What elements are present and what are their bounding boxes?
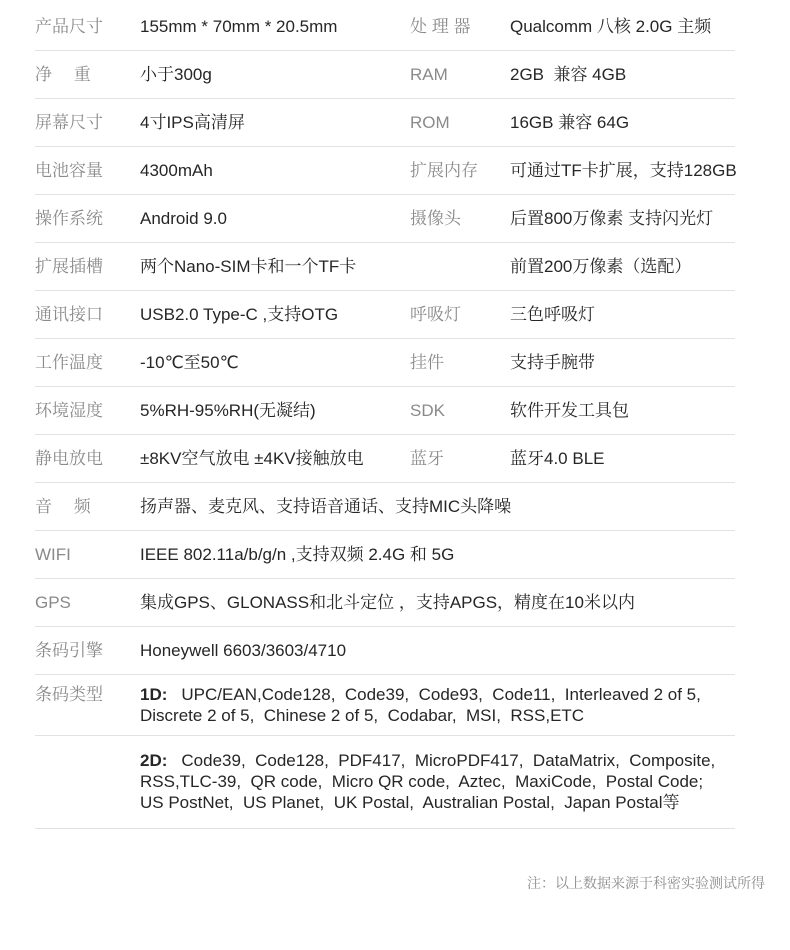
spec-cell: 前置200万像素（选配） bbox=[410, 256, 735, 277]
spec-cell: 工作温度 -10℃至50℃ bbox=[35, 352, 410, 373]
spec-value: 蓝牙4.0 BLE bbox=[510, 448, 605, 469]
spec-row: 电池容量 4300mAh 扩展内存 可通过TF卡扩展，支持128GB bbox=[35, 147, 735, 195]
spec-label: GPS bbox=[35, 592, 140, 613]
spec-cell: ROM 16GB 兼容 64G bbox=[410, 112, 735, 133]
spec-row: 操作系统 Android 9.0 摄像头 后置800万像素 支持闪光灯 bbox=[35, 195, 735, 243]
spec-value: USB2.0 Type-C ,支持OTG bbox=[140, 304, 338, 325]
spec-row: 音 频 扬声器、麦克风、支持语音通话、支持MIC头降噪 bbox=[35, 483, 735, 531]
spec-label: 条码引擎 bbox=[35, 640, 140, 661]
spec-row: 工作温度 -10℃至50℃ 挂件 支持手腕带 bbox=[35, 339, 735, 387]
spec-label: 电池容量 bbox=[35, 160, 140, 181]
spec-row: 屏幕尺寸 4寸IPS高清屏 ROM 16GB 兼容 64G bbox=[35, 99, 735, 147]
spec-value: ±8KV空气放电 ±4KV接触放电 bbox=[140, 448, 364, 469]
spec-cell: 挂件 支持手腕带 bbox=[410, 352, 735, 373]
spec-value: Qualcomm 八核 2.0G 主频 bbox=[510, 16, 711, 37]
spec-value: 155mm * 70mm * 20.5mm bbox=[140, 16, 337, 37]
spec-value: 集成GPS、GLONASS和北斗定位 ，支持APGS，精度在10米以内 bbox=[140, 592, 735, 613]
barcode-1d-prefix: 1D: bbox=[140, 685, 167, 704]
spec-label: 净 重 bbox=[35, 64, 140, 85]
spec-label: 呼吸灯 bbox=[410, 304, 510, 325]
spec-value: IEEE 802.11a/b/g/n ,支持双频 2.4G 和 5G bbox=[140, 544, 735, 565]
barcode-2d-list: Code39, Code128, PDF417, MicroPDF417, Da… bbox=[140, 751, 725, 812]
spec-value: Android 9.0 bbox=[140, 208, 227, 229]
spec-cell: SDK 软件开发工具包 bbox=[410, 400, 735, 421]
spec-value: -10℃至50℃ bbox=[140, 352, 239, 373]
spec-cell: 产品尺寸 155mm * 70mm * 20.5mm bbox=[35, 16, 410, 37]
spec-cell: 通讯接口 USB2.0 Type-C ,支持OTG bbox=[35, 304, 410, 325]
spec-row: WIFI IEEE 802.11a/b/g/n ,支持双频 2.4G 和 5G bbox=[35, 531, 735, 579]
spec-value: 三色呼吸灯 bbox=[510, 304, 595, 325]
spec-cell: 环境湿度 5%RH-95%RH(无凝结) bbox=[35, 400, 410, 421]
spec-row: GPS 集成GPS、GLONASS和北斗定位 ，支持APGS，精度在10米以内 bbox=[35, 579, 735, 627]
spec-row: 净 重 小于300g RAM 2GB 兼容 4GB bbox=[35, 51, 735, 99]
spec-value: 4寸IPS高清屏 bbox=[140, 112, 245, 133]
spec-value: 1D:UPC/EAN,Code128, Code39, Code93, Code… bbox=[140, 675, 735, 735]
spec-value: 5%RH-95%RH(无凝结) bbox=[140, 400, 316, 421]
spec-label: 音 频 bbox=[35, 496, 140, 517]
spec-cell: 呼吸灯 三色呼吸灯 bbox=[410, 304, 735, 325]
spec-row: 产品尺寸 155mm * 70mm * 20.5mm 处 理 器 Qualcom… bbox=[35, 3, 735, 51]
spec-row: 扩展插槽 两个Nano-SIM卡和一个TF卡 前置200万像素（选配） bbox=[35, 243, 735, 291]
spec-row: 通讯接口 USB2.0 Type-C ,支持OTG 呼吸灯 三色呼吸灯 bbox=[35, 291, 735, 339]
spec-label: 挂件 bbox=[410, 352, 510, 373]
spec-label: RAM bbox=[410, 64, 510, 85]
spec-value: 16GB 兼容 64G bbox=[510, 112, 629, 133]
spec-row: 环境湿度 5%RH-95%RH(无凝结) SDK 软件开发工具包 bbox=[35, 387, 735, 435]
spec-label: 摄像头 bbox=[410, 208, 510, 229]
spec-cell: 操作系统 Android 9.0 bbox=[35, 208, 410, 229]
spec-cell: 摄像头 后置800万像素 支持闪光灯 bbox=[410, 208, 735, 229]
spec-cell: 静电放电 ±8KV空气放电 ±4KV接触放电 bbox=[35, 448, 410, 469]
barcode-2d-prefix: 2D: bbox=[140, 751, 167, 770]
spec-label: 产品尺寸 bbox=[35, 16, 140, 37]
spec-label: 条码类型 bbox=[35, 675, 140, 705]
spec-label: 蓝牙 bbox=[410, 448, 510, 469]
spec-value: 可通过TF卡扩展，支持128GB bbox=[510, 160, 737, 181]
spec-cell: 扩展内存 可通过TF卡扩展，支持128GB bbox=[410, 160, 735, 181]
spec-label: 环境湿度 bbox=[35, 400, 140, 421]
spec-value: Honeywell 6603/3603/4710 bbox=[140, 640, 735, 661]
spec-cell: 电池容量 4300mAh bbox=[35, 160, 410, 181]
barcode-1d-list: UPC/EAN,Code128, Code39, Code93, Code11,… bbox=[140, 685, 710, 725]
spec-cell: 扩展插槽 两个Nano-SIM卡和一个TF卡 bbox=[35, 256, 410, 277]
spec-label: 扩展插槽 bbox=[35, 256, 140, 277]
spec-label: 工作温度 bbox=[35, 352, 140, 373]
spec-table: 产品尺寸 155mm * 70mm * 20.5mm 处 理 器 Qualcom… bbox=[35, 0, 735, 829]
spec-value: 2GB 兼容 4GB bbox=[510, 64, 626, 85]
spec-label: 通讯接口 bbox=[35, 304, 140, 325]
spec-label: 静电放电 bbox=[35, 448, 140, 469]
test-data-note: 注：以上数据来源于科密实验测试所得 bbox=[0, 873, 790, 893]
spec-value: 4300mAh bbox=[140, 160, 213, 181]
spec-sheet: 产品尺寸 155mm * 70mm * 20.5mm 处 理 器 Qualcom… bbox=[0, 0, 790, 893]
spec-label: 扩展内存 bbox=[410, 160, 510, 181]
spec-value: 小于300g bbox=[140, 64, 212, 85]
spec-cell: 蓝牙 蓝牙4.0 BLE bbox=[410, 448, 735, 469]
spec-cell: 净 重 小于300g bbox=[35, 64, 410, 85]
spec-label bbox=[35, 736, 140, 745]
spec-cell: 屏幕尺寸 4寸IPS高清屏 bbox=[35, 112, 410, 133]
spec-label: 操作系统 bbox=[35, 208, 140, 229]
spec-value: 扬声器、麦克风、支持语音通话、支持MIC头降噪 bbox=[140, 496, 735, 517]
spec-label: ROM bbox=[410, 112, 510, 133]
spec-value: 后置800万像素 支持闪光灯 bbox=[510, 208, 713, 229]
spec-label: 处 理 器 bbox=[410, 16, 510, 37]
spec-row: 静电放电 ±8KV空气放电 ±4KV接触放电 蓝牙 蓝牙4.0 BLE bbox=[35, 435, 735, 483]
spec-value: 软件开发工具包 bbox=[510, 400, 629, 421]
spec-cell: RAM 2GB 兼容 4GB bbox=[410, 64, 735, 85]
spec-row-barcode-1d: 条码类型 1D:UPC/EAN,Code128, Code39, Code93,… bbox=[35, 675, 735, 736]
spec-value: 支持手腕带 bbox=[510, 352, 595, 373]
spec-value: 2D:Code39, Code128, PDF417, MicroPDF417,… bbox=[140, 736, 735, 828]
spec-label: SDK bbox=[410, 400, 510, 421]
spec-row: 条码引擎 Honeywell 6603/3603/4710 bbox=[35, 627, 735, 675]
spec-value: 前置200万像素（选配） bbox=[510, 256, 691, 277]
spec-label: 屏幕尺寸 bbox=[35, 112, 140, 133]
spec-row-barcode-2d: 2D:Code39, Code128, PDF417, MicroPDF417,… bbox=[35, 736, 735, 829]
spec-cell: 处 理 器 Qualcomm 八核 2.0G 主频 bbox=[410, 16, 735, 37]
spec-label: WIFI bbox=[35, 544, 140, 565]
spec-value: 两个Nano-SIM卡和一个TF卡 bbox=[140, 256, 356, 277]
